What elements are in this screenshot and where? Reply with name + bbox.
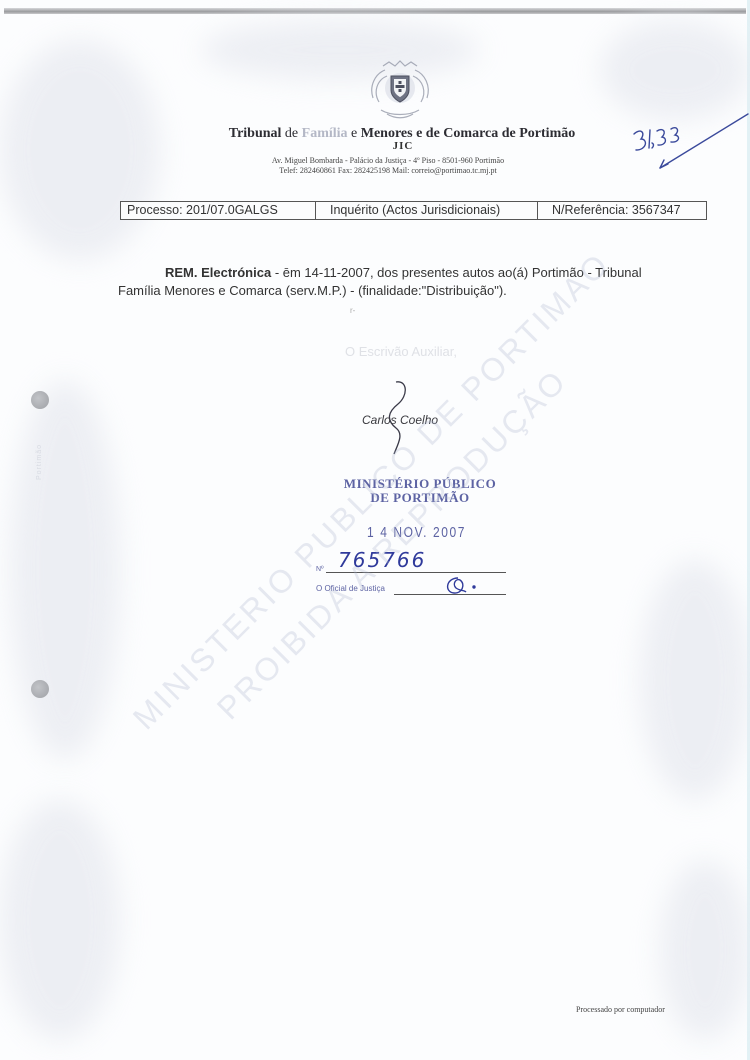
clerk-role-label: O Escrivão Auxiliar, (345, 344, 457, 359)
margin-text: Portimão (36, 444, 43, 480)
document-page: Tribunal de Família e Menores e de Comar… (0, 0, 750, 1060)
binder-hole-icon (31, 680, 49, 698)
scan-smudge (640, 560, 750, 800)
court-name-part: e (348, 126, 361, 141)
scan-smudge (660, 860, 750, 1040)
court-name-part: de (281, 126, 301, 141)
binder-hole-icon (31, 391, 49, 409)
footer-note: Processado por computador (576, 1005, 665, 1014)
scan-smudge (0, 800, 120, 1040)
faint-mark: r- (350, 306, 355, 315)
case-info-table: Processo: 201/07.0GALGS Inquérito (Actos… (120, 201, 707, 220)
remittance-paragraph: REM. Electrónica - ēm 14-11-2007, dos pr… (118, 264, 718, 300)
watermark-line-1: MINISTERIO PUBLICO DE PORTIMAO (126, 245, 618, 737)
scan-smudge (600, 20, 750, 120)
court-name-part: Família (302, 126, 348, 141)
officer-initials (440, 574, 480, 596)
paragraph-line-2: Família Menores e Comarca (serv.M.P.) - … (118, 282, 718, 300)
paragraph-line-1: REM. Electrónica - ēm 14-11-2007, dos pr… (118, 264, 718, 282)
handwritten-page-number: 3|33 (630, 112, 750, 182)
scan-smudge (10, 380, 120, 760)
scan-smudge (200, 20, 480, 80)
reference-number-cell: N/Referência: 3567347 (537, 202, 706, 219)
court-name-part: Tribunal (229, 126, 282, 141)
court-name-part: Menores e de Comarca de Portimão (361, 126, 575, 141)
scan-top-edge (4, 8, 746, 14)
case-number-cell: Processo: 201/07.0GALGS (121, 202, 315, 219)
case-type-cell: Inquérito (Actos Jurisdicionais) (315, 202, 537, 219)
portuguese-coat-of-arms-icon (365, 58, 435, 122)
remittance-lead: REM. Electrónica (165, 265, 271, 280)
